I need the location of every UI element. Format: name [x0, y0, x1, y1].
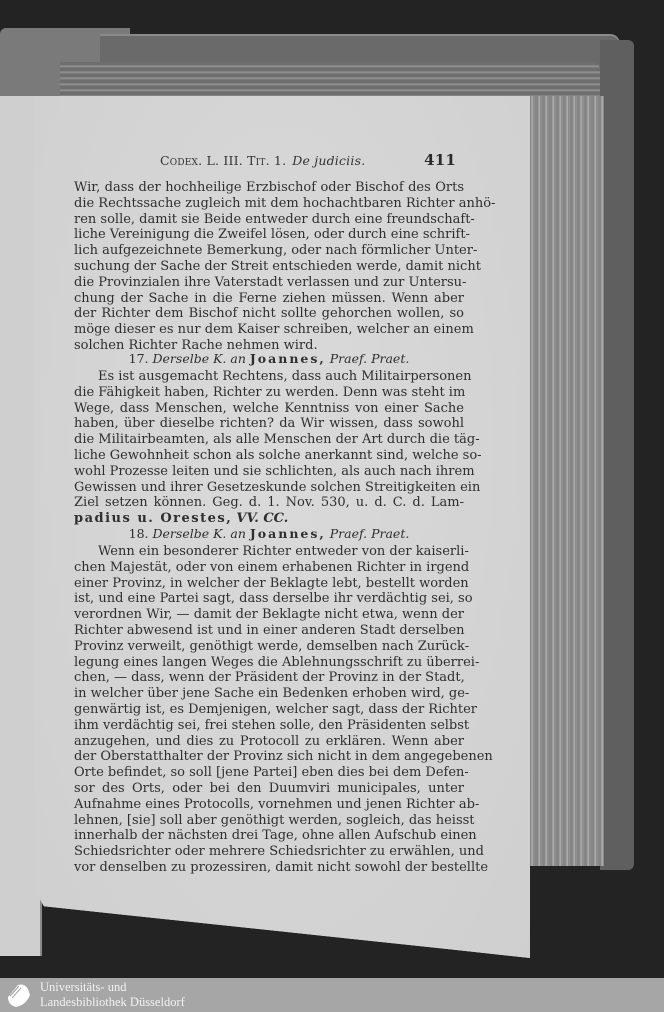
text-line: verordnen Wir, — damit der Beklagte nich…: [74, 607, 464, 623]
text-line: chen, — dass, wenn der Präsident der Pro…: [74, 670, 464, 686]
text-line: die Rechtssache zugleich mit dem hochach…: [74, 196, 464, 212]
section-heading-17: 17. Derselbe K. an Joannes, Praef. Praet…: [74, 351, 464, 366]
library-footer-bar: Universitäts- und Landesbibliothek Düsse…: [0, 978, 664, 1012]
text-line: ihm verdächtig sei, frei stehen solle, d…: [74, 718, 464, 734]
section-number: 17.: [129, 351, 149, 366]
text-line: genwärtig ist, es Demjenigen, welcher sa…: [74, 702, 464, 718]
paragraph-17: Es ist ausgemacht Rechtens, dass auch Mi…: [74, 369, 464, 527]
text-line-last: padius u. Orestes, VV. CC.: [74, 511, 464, 527]
library-name-line1: Universitäts- und: [40, 980, 185, 995]
paragraph-18: Wenn ein besonderer Richter entweder von…: [74, 544, 464, 876]
text-line: haben, über dieselbe richten? da Wir wis…: [74, 416, 464, 432]
text-line: suchung der Sache der Streit entschieden…: [74, 259, 464, 275]
ulb-book-logo-icon: [4, 981, 34, 1009]
heading-title: Praef. Praet.: [330, 526, 410, 541]
text-line: ist, und eine Partei sagt, dass derselbe…: [74, 591, 464, 607]
heading-title: Praef. Praet.: [330, 351, 410, 366]
text-line: einer Provinz, in welcher der Beklagte l…: [74, 576, 464, 592]
text-line: der Richter dem Bischof nicht sollte geh…: [74, 306, 464, 322]
text-line: vor denselben zu prozessiren, damit nich…: [74, 860, 464, 876]
text-line: in welcher über jene Sache ein Bedenken …: [74, 686, 464, 702]
text-line: liche Vereinigung die Zweifel lösen, ode…: [74, 227, 464, 243]
text-line: die Militairbeamten, als alle Menschen d…: [74, 432, 464, 448]
scanned-book-photo: Codex. L. III. Tit. 1.De judiciis. 411 W…: [0, 0, 664, 978]
text-line: Wir, dass der hochheilige Erzbischof ode…: [74, 180, 464, 196]
text-line: sor des Orts, oder bei den Duumviri muni…: [74, 781, 464, 797]
text-line: ren solle, damit sie Beide entweder durc…: [74, 212, 464, 228]
running-head-title: De judiciis.: [292, 153, 365, 168]
text-line: lehnen, [sie] soll aber genöthigt werden…: [74, 813, 464, 829]
heading-text: Derselbe K. an: [153, 351, 246, 366]
library-name-line2: Landesbibliothek Düsseldorf: [40, 995, 185, 1010]
running-head-left: Codex. L. III. Tit. 1.: [160, 153, 286, 168]
text-line: legung eines langen Weges die Ablehnungs…: [74, 655, 464, 671]
text-line: Gewissen und ihrer Gesetzeskunde solchen…: [74, 480, 464, 496]
heading-name: Joannes,: [250, 351, 326, 366]
text-line: Aufnahme eines Protocolls, vornehmen und…: [74, 797, 464, 813]
running-head: Codex. L. III. Tit. 1.De judiciis. 411: [160, 153, 460, 173]
text-line: Provinz verweilt, genöthigt werde, demse…: [74, 639, 464, 655]
author-names: padius u. Orestes,: [74, 511, 232, 526]
section-number: 18.: [129, 526, 149, 541]
text-line: lich aufgezeichnete Bemerkung, oder nach…: [74, 243, 464, 259]
heading-name: Joannes,: [250, 526, 326, 541]
text-line: anzugehen, und dies zu Protocoll zu erkl…: [74, 734, 464, 750]
text-line: Ziel setzen können. Geg. d. 1. Nov. 530,…: [74, 495, 464, 511]
text-line: Orte befindet, so soll [jene Partei] ebe…: [74, 765, 464, 781]
text-line: Schiedsrichter oder mehrere Schiedsricht…: [74, 844, 464, 860]
text-line: chen Majestät, oder von einem erhabenen …: [74, 560, 464, 576]
text-line: die Fähigkeit haben, Richter zu werden. …: [74, 385, 464, 401]
consuls-abbr: VV. CC.: [236, 511, 288, 526]
text-line: die Provinzialen ihre Vaterstadt verlass…: [74, 275, 464, 291]
paragraph-continued: Wir, dass der hochheilige Erzbischof ode…: [74, 180, 464, 354]
book-cover-right-edge: [600, 40, 634, 870]
text-line: innerhalb der nächsten drei Tage, ohne a…: [74, 828, 464, 844]
text-line: möge dieser es nur dem Kaiser schreiben,…: [74, 322, 464, 338]
page-number: 411: [424, 151, 456, 169]
text-line: chung der Sache in die Ferne ziehen müss…: [74, 291, 464, 307]
heading-text: Derselbe K. an: [153, 526, 246, 541]
section-heading-18: 18. Derselbe K. an Joannes, Praef. Praet…: [74, 526, 464, 541]
text-line: Wege, dass Menschen, welche Kenntniss vo…: [74, 401, 464, 417]
library-name: Universitäts- und Landesbibliothek Düsse…: [40, 980, 185, 1010]
text-line: Richter abwesend ist und in einer andere…: [74, 623, 464, 639]
text-line: Es ist ausgemacht Rechtens, dass auch Mi…: [74, 369, 464, 385]
text-line: wohl Prozesse leiten und sie schlichten,…: [74, 464, 464, 480]
text-line: der Oberstatthalter der Provinz sich nic…: [74, 749, 464, 765]
page-stack-side-edge: [528, 96, 604, 866]
page-stack-top-edge: [60, 62, 600, 100]
text-line: liche Gewohnheit schon als solche anerka…: [74, 448, 464, 464]
text-line: Wenn ein besonderer Richter entweder von…: [74, 544, 464, 560]
